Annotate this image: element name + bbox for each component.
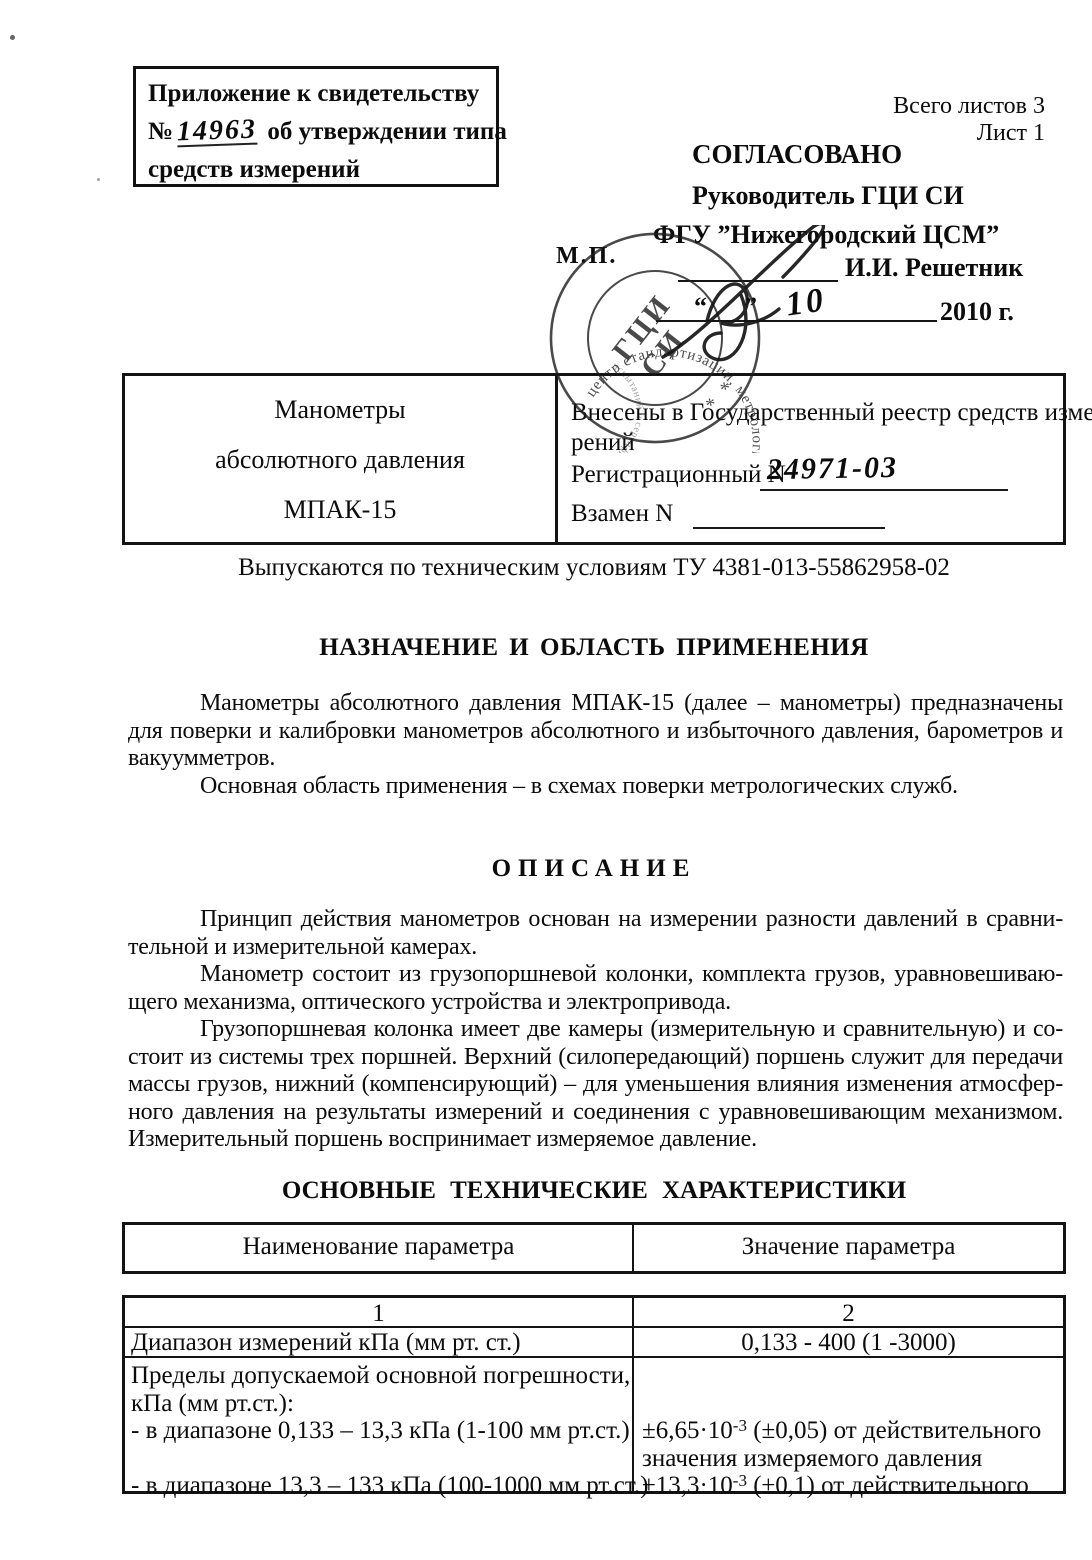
document-page: Приложение к свидетельству №14963 об утв…	[0, 0, 1092, 1560]
sheet-current: Лист 1	[893, 120, 1045, 147]
spec-cell-line: ±13,3·10-3 (±0,1) от действительного	[642, 1472, 1062, 1500]
text-line: массы грузов, нижний (компенсирующий) – …	[128, 1071, 1063, 1099]
reg-number-label: Регистрационный N	[571, 461, 786, 489]
section-heading-description: ОПИСАНИЕ	[122, 855, 1066, 883]
spec-col-number-1: 1	[125, 1300, 632, 1328]
replace-number-underline	[693, 527, 885, 529]
spec-cell-line: ±6,65·10-3 (±0,05) от действительного	[642, 1417, 1062, 1445]
text-line: тельной и измерительной камерах.	[128, 934, 1063, 962]
spec-row-range-name: Диапазон измерений кПа (мм рт. ст.)	[131, 1329, 521, 1357]
signature-autograph	[645, 225, 865, 375]
reg-number-underline	[760, 489, 1008, 491]
sheets-info: Всего листов 3 Лист 1	[893, 93, 1045, 147]
description-paragraphs: Принцип действия манометров основан на и…	[128, 906, 1063, 1154]
approval-box-line3: средств измерений	[148, 151, 486, 189]
number-sign: №	[148, 118, 173, 145]
spec-col-number-2: 2	[634, 1300, 1063, 1328]
spec-cell-line: - в диапазоне 13,3 – 133 кПа (100-1000 м…	[131, 1472, 629, 1500]
spec-header-table: Наименование параметра Значение параметр…	[122, 1222, 1066, 1274]
tu-conditions-line: Выпускаются по техническим условиям ТУ 4…	[122, 554, 1066, 582]
text-line: Грузопоршневая колонка имеет две камеры …	[128, 1016, 1063, 1044]
text-line: стоит из системы трех поршней. Верхний (…	[128, 1044, 1063, 1072]
spec-cell-line: значения измеряемого давления	[642, 1445, 1062, 1473]
text-line: щего механизма, оптического устройства и…	[128, 989, 1063, 1017]
spec-row-error-value: ±6,65·10-3 (±0,05) от действительногозна…	[642, 1362, 1062, 1500]
spec-table: 1 2 Диапазон измерений кПа (мм рт. ст.) …	[122, 1295, 1066, 1494]
reg-number-handwritten: 24971-03	[767, 451, 899, 487]
scan-artifact-dot	[97, 178, 100, 181]
spec-cell-line	[642, 1390, 1062, 1418]
date-year: 2010 г.	[940, 297, 1014, 327]
spec-row-error-name: Пределы допускаемой основной погрешности…	[131, 1362, 629, 1500]
approver-role: Руководитель ГЦИ СИ	[692, 181, 964, 211]
device-name-line: МПАК-15	[125, 495, 555, 525]
approval-box: Приложение к свидетельству №14963 об утв…	[133, 66, 499, 187]
section-heading-specs: ОСНОВНЫЕ ТЕХНИЧЕСКИЕ ХАРАКТЕРИСТИКИ	[122, 1177, 1066, 1205]
spec-cell-line: - в диапазоне 0,133 – 13,3 кПа (1-100 мм…	[131, 1417, 629, 1445]
sheets-total: Всего листов 3	[893, 93, 1045, 120]
certificate-number-handwritten: 14963	[177, 117, 258, 148]
spec-row-range-value: 0,133 - 400 (1 -3000)	[634, 1329, 1063, 1357]
text-line: для поверки и калибровки манометров абсо…	[128, 718, 1063, 746]
stamp-star: *	[703, 394, 718, 418]
spec-cell-line	[642, 1362, 1062, 1390]
approved-title: СОГЛАСОВАНО	[692, 139, 902, 170]
text-line: Основная область применения – в схемах п…	[128, 773, 1063, 801]
spec-col-header-value: Значение параметра	[634, 1233, 1063, 1261]
purpose-paragraphs: Манометры абсолютного давления МПАК-15 (…	[128, 690, 1063, 800]
approval-box-line2-rest: об утверждении типа	[261, 118, 507, 145]
text-line: Манометры абсолютного давления МПАК-15 (…	[128, 690, 1063, 718]
approval-box-line1: Приложение к свидетельству	[148, 75, 486, 113]
section-heading-purpose: НАЗНАЧЕНИЕ И ОБЛАСТЬ ПРИМЕНЕНИЯ	[122, 634, 1066, 662]
text-line: Принцип действия манометров основан на и…	[128, 906, 1063, 934]
approval-box-line2: №14963 об утверждении типа	[148, 113, 486, 151]
text-line: вакуумметров.	[128, 745, 1063, 773]
spec-cell-line	[131, 1445, 629, 1473]
text-line: Манометр состоит из грузопоршневой колон…	[128, 961, 1063, 989]
device-name-line: Манометры	[125, 395, 555, 425]
device-name-line: абсолютного давления	[125, 445, 555, 475]
text-line: Измерительный поршень воспринимает измер…	[128, 1126, 1063, 1154]
signer-name: И.И. Решетник	[845, 253, 1023, 283]
spec-cell-line: кПа (мм рт.ст.):	[131, 1390, 629, 1418]
text-line: ного давления на результаты измерений и …	[128, 1099, 1063, 1127]
scan-artifact-dot	[10, 35, 15, 40]
spec-cell-line: Пределы допускаемой основной погрешности…	[131, 1362, 629, 1390]
replace-label: Взамен N	[571, 500, 673, 528]
spec-col-header-name: Наименование параметра	[125, 1233, 632, 1261]
